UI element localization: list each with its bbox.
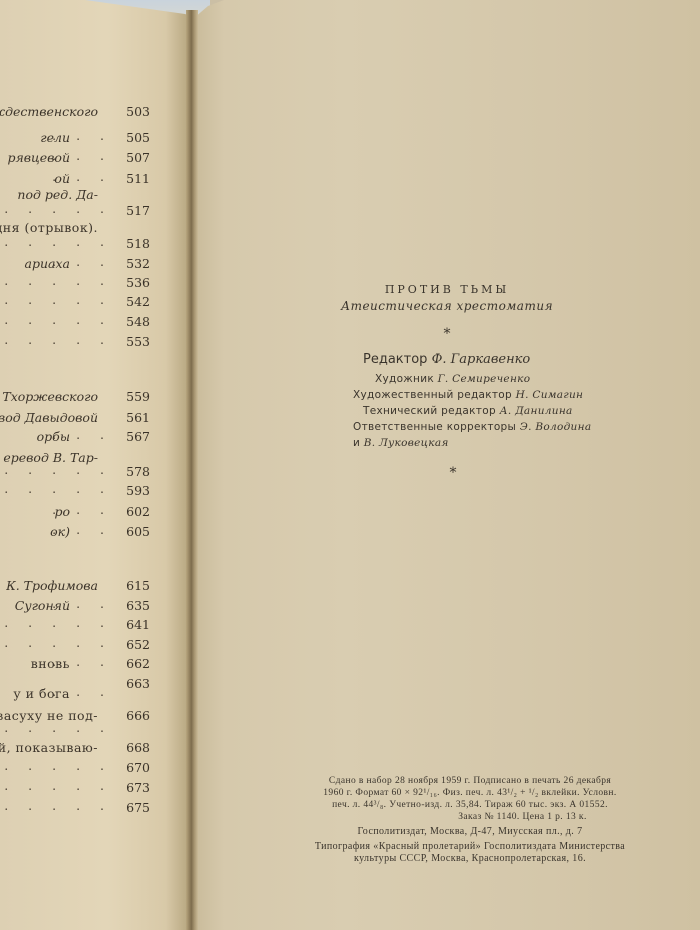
toc-leader-dots: . . . . . . [0,720,112,735]
toc-entry: ок). . .605 [0,524,170,544]
toc-entry: орбы. . .567 [0,429,170,449]
toc-page-number: 511 [126,171,150,186]
printer-line: Типография «Красный пролетарий» Госполит… [260,841,680,853]
toc-entry-title: под ред. Да- [17,187,98,202]
toc-page-number: 503 [126,104,150,119]
toc-leader-dots: . . . . . . [0,292,112,307]
printer-line: культуры СССР, Москва, Краснопролетарска… [260,853,680,865]
credit-artist: Художник Г. Семиреченко [375,373,591,385]
toc-leader-dots: . . . [52,427,112,442]
toc-leader-dots: . . . . . . [0,201,112,216]
toc-leader-dots: . . . [52,148,112,163]
editor-role: Редактор [363,352,427,367]
toc-entry-title: ий, показываю- [0,740,98,755]
toc-page-number: 559 [126,389,150,404]
toc-page-number: 517 [126,203,150,218]
toc-leader-dots: . . . [52,684,112,699]
credit-name: Г. Семиреченко [438,373,531,385]
toc-leader-dots: . . . . . . [0,332,112,347]
toc-page-number: 536 [126,275,150,290]
toc-page-number: 675 [126,800,150,815]
credit-proofreader-2: и В. Луковецкая [353,437,591,449]
toc-leader-dots: . . . [52,502,112,517]
toc-leader-dots: . . . . . . [0,462,112,477]
toc-page-number: 553 [126,334,150,349]
colophon-line: 1960 г. Формат 60 × 92¹/₁₆. Физ. печ. л.… [260,787,680,799]
toc-entry-title: дня (отрывок). [0,220,98,235]
toc-entry: . . . . . .670 [0,760,170,780]
toc-entry: . . . . . .548 [0,314,170,334]
toc-leader-dots: . . . . . . [0,312,112,327]
colophon-line: печ. л. 44³/₈. Учетно-изд. л. 35,84. Тир… [260,799,680,811]
credit-proofreaders: Ответственные корректоры Э. Володина [353,421,591,433]
credit-name: Э. Володина [520,421,592,433]
toc-page-number: 641 [126,617,150,632]
publisher-address: Госполитиздат, Москва, Д-47, Миусская пл… [260,826,680,837]
separator-asterisk: * [194,326,700,342]
colophon-line: Сдано в набор 28 ноября 1959 г. Подписан… [260,775,680,787]
toc-page-number: 578 [126,464,150,479]
credit-name: Н. Симагин [516,389,584,401]
credit-name: В. Луковецкая [364,437,449,449]
toc-page-number: 602 [126,504,150,519]
credit-name: А. Данилина [500,405,573,417]
toc-entry: . . . . . .673 [0,780,170,800]
book-title: ПРОТИВ ТЬМЫ [194,283,700,296]
book-subtitle: Атеистическая хрестоматия [194,299,700,313]
toc-leader-dots: . . . [52,522,112,537]
toc-page-number: 505 [126,130,150,145]
toc-page-number: 593 [126,483,150,498]
toc-leader-dots: . . . . . . [0,273,112,288]
toc-entry: вновь. . .662 [0,656,170,676]
toc-page-number: 507 [126,150,150,165]
credit-art-editor: Художественный редактор Н. Симагин [353,389,591,401]
toc-entry: гели. . .505 [0,130,170,150]
credit-role: и [353,437,360,449]
toc-leader-dots: . . . [52,654,112,669]
toc-page-number: 662 [126,656,150,671]
toc-entry: . . . . . .518 [0,236,170,256]
toc-page-number: 615 [126,578,150,593]
toc-page-number: 635 [126,598,150,613]
credit-tech-editor: Технический редактор А. Данилина [363,405,591,417]
toc-entry-title: вод Давыдовой [0,410,98,425]
toc-entry: . . . . . .675 [0,800,170,820]
toc-page-number: 518 [126,236,150,251]
toc-leader-dots: . . . . . . [0,798,112,813]
toc-leader-dots: . . . . . . [0,635,112,650]
colophon: Сдано в набор 28 ноября 1959 г. Подписан… [260,775,680,823]
toc-leader-dots: . . . . . . [0,778,112,793]
toc-page-number: 670 [126,760,150,775]
toc-entry: ждественского503 [0,104,170,124]
toc-entry: . . . . . . [0,722,170,742]
toc-page-number: 532 [126,256,150,271]
toc-entry: ро. . .602 [0,504,170,524]
toc-page-number: 561 [126,410,150,425]
order-price: Заказ № 1140. Цена 1 р. 13 к. [260,811,680,823]
toc-leader-dots: . . . . . . [0,758,112,773]
toc-page-number: 605 [126,524,150,539]
toc-leader-dots: . . . [52,128,112,143]
toc-page-number: 652 [126,637,150,652]
toc-entry: Тхоржевского559 [0,389,170,409]
toc-entry: . . . . . .553 [0,334,170,354]
toc-leader-dots: . . . [52,596,112,611]
toc-entry-title: ждественского [0,104,98,119]
toc-page-number: 567 [126,429,150,444]
toc-entry: . . . . . .593 [0,483,170,503]
toc-entry: рявцевой. . .507 [0,150,170,170]
toc-leader-dots: . . . . . . [0,481,112,496]
toc-entry: К. Трофимова615 [0,578,170,598]
credit-role: Художник [375,373,434,385]
editor-line: Редактор Ф. Гаркавенко [363,352,591,367]
toc-leader-dots: . . . [52,169,112,184]
toc-entry-title: Тхоржевского [2,389,98,404]
toc-leader-dots: . . . . . . [0,234,112,249]
toc-leader-dots: . . . . . . [0,615,112,630]
credit-role: Ответственные корректоры [353,421,516,433]
printer-info: Типография «Красный пролетарий» Госполит… [260,841,680,865]
toc-page-number: 666 [126,708,150,723]
toc-page-number: 542 [126,294,150,309]
toc-entry: . . . . . .542 [0,294,170,314]
toc-page-number: 673 [126,780,150,795]
credit-role: Технический редактор [363,405,496,417]
book-gutter [186,10,198,930]
separator-asterisk-2: * [200,465,700,481]
toc-entry-title: К. Трофимова [6,578,98,593]
toc-page-number: 668 [126,740,150,755]
toc-entry: ий, показываю-668 [0,740,170,760]
toc-leader-dots: . . . [52,254,112,269]
toc-entry: у и бога. . . [0,686,170,706]
editor-name: Ф. Гаркавенко [432,352,531,367]
toc-entry: . . . . . .641 [0,617,170,637]
credit-role: Художественный редактор [353,389,512,401]
toc-page-number: 548 [126,314,150,329]
credits-block: Редактор Ф. Гаркавенко Художник Г. Семир… [361,352,591,449]
